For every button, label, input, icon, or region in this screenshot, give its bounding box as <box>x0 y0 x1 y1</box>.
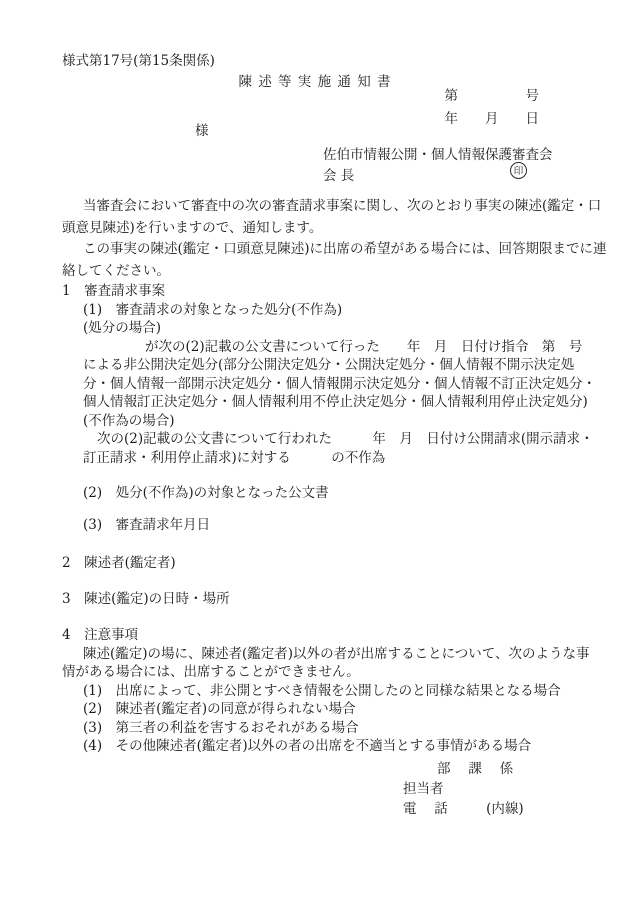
addressee-honorific: 様 <box>195 119 209 139</box>
inaction-case-line: 次の(2)記載の公文書について行われた 年 月 日付け公開請求(開示請求・ <box>62 430 582 449</box>
intro-line: 頭意見陳述)を行いますので、通知します。 <box>62 218 582 240</box>
disposition-continuation-line: による非公開決定処分(部分公開決定処分・公開決定処分・個人情報不開示決定処 <box>62 356 582 375</box>
section-4-intro-line: 情がある場合には、出席することができません。 <box>62 663 582 682</box>
phone-line: 電 話 (内線) <box>403 799 524 819</box>
extension-label: (内線) <box>486 799 524 819</box>
disposition-opening-line: が次の(2)記載の公文書について行った 年 月 日付け指令 第 号 <box>62 338 582 357</box>
issuer-organization: 佐伯市情報公開・個人情報保護審査会 <box>323 143 553 163</box>
document-page: 様式第17号(第15条関係) 陳 述 等 実 施 通 知 書 第 号 年 月 日… <box>0 0 630 903</box>
section-4-item: (3) 第三者の利益を害するおそれがある場合 <box>62 719 582 738</box>
intro-line: 絡してください。 <box>62 261 582 283</box>
section-1-item-1: (1) 審査請求の対象となった処分(不作為) <box>62 301 582 320</box>
intro-paragraphs: 当審査会において審査中の次の審査請求事案に関し、次のとおり事実の陳述(鑑定・口 … <box>62 196 582 282</box>
disposition-continuation-line: 個人情報訂正決定処分・個人情報利用不停止決定処分・個人情報利用停止決定処分) <box>62 393 582 412</box>
section-2-heading: 2 陳述者(鑑定者) <box>62 554 582 573</box>
official-seal-icon: 印 <box>510 162 527 179</box>
department-section-line: 部 課 係 <box>403 759 524 779</box>
inaction-case-heading: (不作為の場合) <box>62 412 582 431</box>
section-4-item: (2) 陳述者(鑑定者)の同意が得られない場合 <box>62 700 582 719</box>
intro-line: 当審査会において審査中の次の審査請求事案に関し、次のとおり事実の陳述(鑑定・口 <box>62 196 582 218</box>
form-number: 様式第17号(第15条関係) <box>62 49 215 69</box>
staff-in-charge-label: 担当者 <box>403 779 524 799</box>
disposition-case-heading: (処分の場合) <box>62 319 582 338</box>
section-4-item: (1) 出席によって、非公開とすべき情報を公開したのと同様な結果となる場合 <box>62 682 582 701</box>
section-4-item: (4) その他陳述者(鑑定者)以外の者の出席を不適当とする事情がある場合 <box>62 737 582 756</box>
date-blank: 年 月 日 <box>445 107 540 127</box>
section-4-intro-line: 陳述(鑑定)の場に、陳述者(鑑定者)以外の者が出席することについて、次のような事 <box>62 645 582 664</box>
section-1-item-2: (2) 処分(不作為)の対象となった公文書 <box>62 484 582 503</box>
document-number-blank: 第 号 <box>445 84 540 104</box>
intro-line: この事実の陳述(鑑定・口頭意見陳述)に出席の希望がある場合には、回答期限までに連 <box>62 239 582 261</box>
document-body: 当審査会において審査中の次の審査請求事案に関し、次のとおり事実の陳述(鑑定・口 … <box>62 196 582 756</box>
disposition-continuation-line: 分・個人情報一部開示決定処分・個人情報開示決定処分・個人情報不訂正決定処分・ <box>62 375 582 394</box>
section-3-heading: 3 陳述(鑑定)の日時・場所 <box>62 590 582 609</box>
section-1-item-3: (3) 審査請求年月日 <box>62 516 582 535</box>
section-4-heading: 4 注意事項 <box>62 626 582 645</box>
section-1-heading: 1 審査請求事案 <box>62 282 582 301</box>
inaction-case-line: 訂正請求・利用停止請求)に対する の不作為 <box>62 449 582 468</box>
phone-label: 電 話 <box>403 801 448 817</box>
contact-block: 部 課 係 担当者 電 話 (内線) <box>403 759 524 819</box>
issuer-title: 会 長 <box>323 164 354 184</box>
